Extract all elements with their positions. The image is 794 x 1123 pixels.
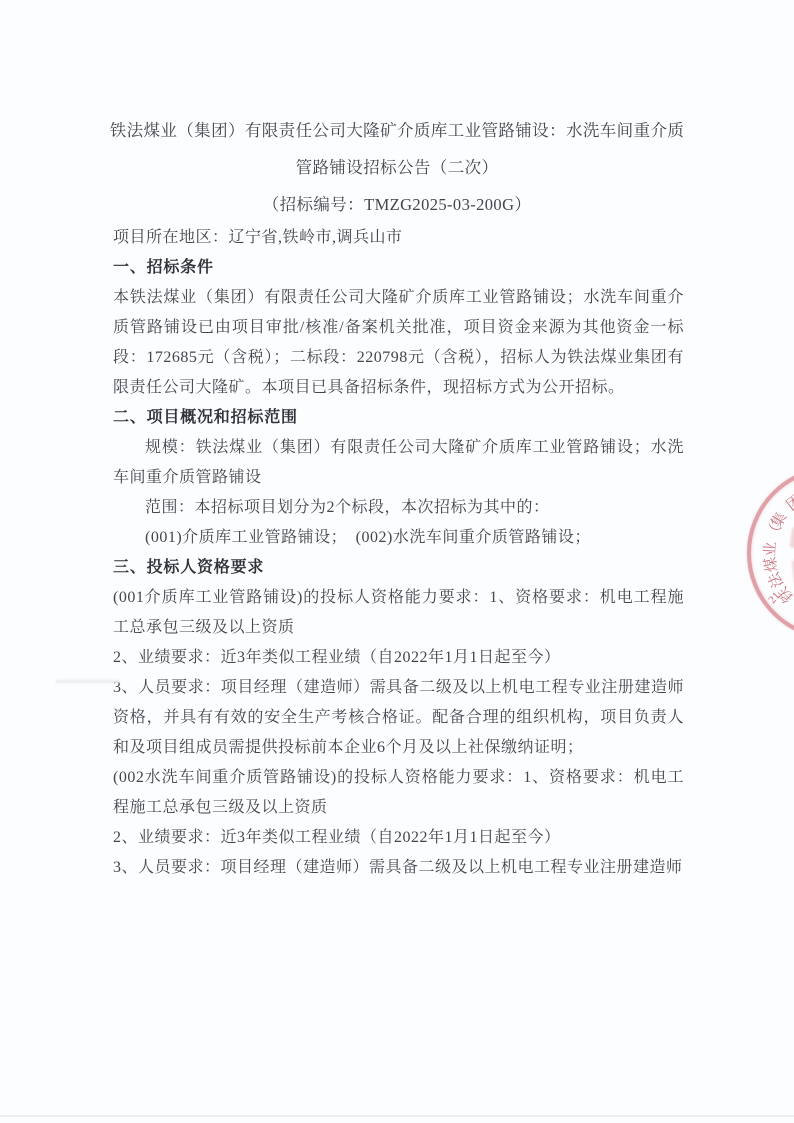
document-title-line-2: 管路铺设招标公告（二次） [88, 149, 706, 186]
lot1-personnel-requirement: 3、人员要求：项目经理（建造师）需具备二级及以上机电工程专业注册建造师资格，并具… [113, 673, 684, 763]
lot-list-line: (001)介质库工业管路铺设； (002)水洗车间重介质管路铺设； [113, 523, 684, 553]
seal-ring-text: 铁 法 煤 业 （ 集 团 ） [751, 470, 794, 636]
scan-bottom-edge [0, 1115, 794, 1117]
lot1-performance-requirement: 2、业绩要求：近3年类似工程业绩（自2022年1月1日起至今） [113, 643, 684, 673]
section-1-heading: 一、招标条件 [113, 253, 684, 283]
lot2-performance-requirement: 2、业绩要求：近3年类似工程业绩（自2022年1月1日起至今） [113, 823, 684, 853]
seal-ring-char: 团 [781, 489, 794, 513]
scan-artifact-streak [56, 680, 120, 683]
scanned-document-page: 铁法煤业（集团）有限责任公司大隆矿介质库工业管路铺设：水洗车间重介质 管路铺设招… [0, 0, 794, 1123]
lot2-personnel-requirement: 3、人员要求：项目经理（建造师）需具备二级及以上机电工程专业注册建造师 [113, 853, 684, 883]
lot1-qualification-requirement: (001介质库工业管路铺设)的投标人资格能力要求：1、资格要求：机电工程施工总承… [113, 583, 684, 643]
seal-ring-char: 业 [759, 541, 778, 558]
project-location-line: 项目所在地区：辽宁省,铁岭市,调兵山市 [113, 223, 684, 253]
section-2-heading: 二、项目概况和招标范围 [113, 403, 684, 433]
section-1-paragraph: 本铁法煤业（集团）有限责任公司大隆矿介质库工业管路铺设；水洗车间重介质管路铺设已… [113, 283, 684, 403]
document-title-line-1: 铁法煤业（集团）有限责任公司大隆矿介质库工业管路铺设：水洗车间重介质 [88, 112, 706, 149]
project-scope-line: 范围：本招标项目划分为2个标段，本次招标为其中的： [113, 493, 684, 523]
section-3-heading: 三、投标人资格要求 [113, 553, 684, 583]
lot2-qualification-requirement: (002水洗车间重介质管路铺设)的投标人资格能力要求：1、资格要求：机电工程施工… [113, 763, 684, 823]
document-title-block: 铁法煤业（集团）有限责任公司大隆矿介质库工业管路铺设：水洗车间重介质 管路铺设招… [88, 0, 706, 223]
company-seal-stamp: 铁 法 煤 业 （ 集 团 ） 21 [747, 466, 794, 640]
seal-ring-char: 煤 [759, 556, 780, 575]
project-scale-line: 规模：铁法煤业（集团）有限责任公司大隆矿介质库工业管路铺设；水洗车间重介质管路铺… [113, 433, 684, 493]
tender-number-line: （招标编号：TMZG2025-03-200G） [88, 186, 706, 223]
document-body: 项目所在地区：辽宁省,铁岭市,调兵山市 一、招标条件 本铁法煤业（集团）有限责任… [113, 223, 684, 883]
